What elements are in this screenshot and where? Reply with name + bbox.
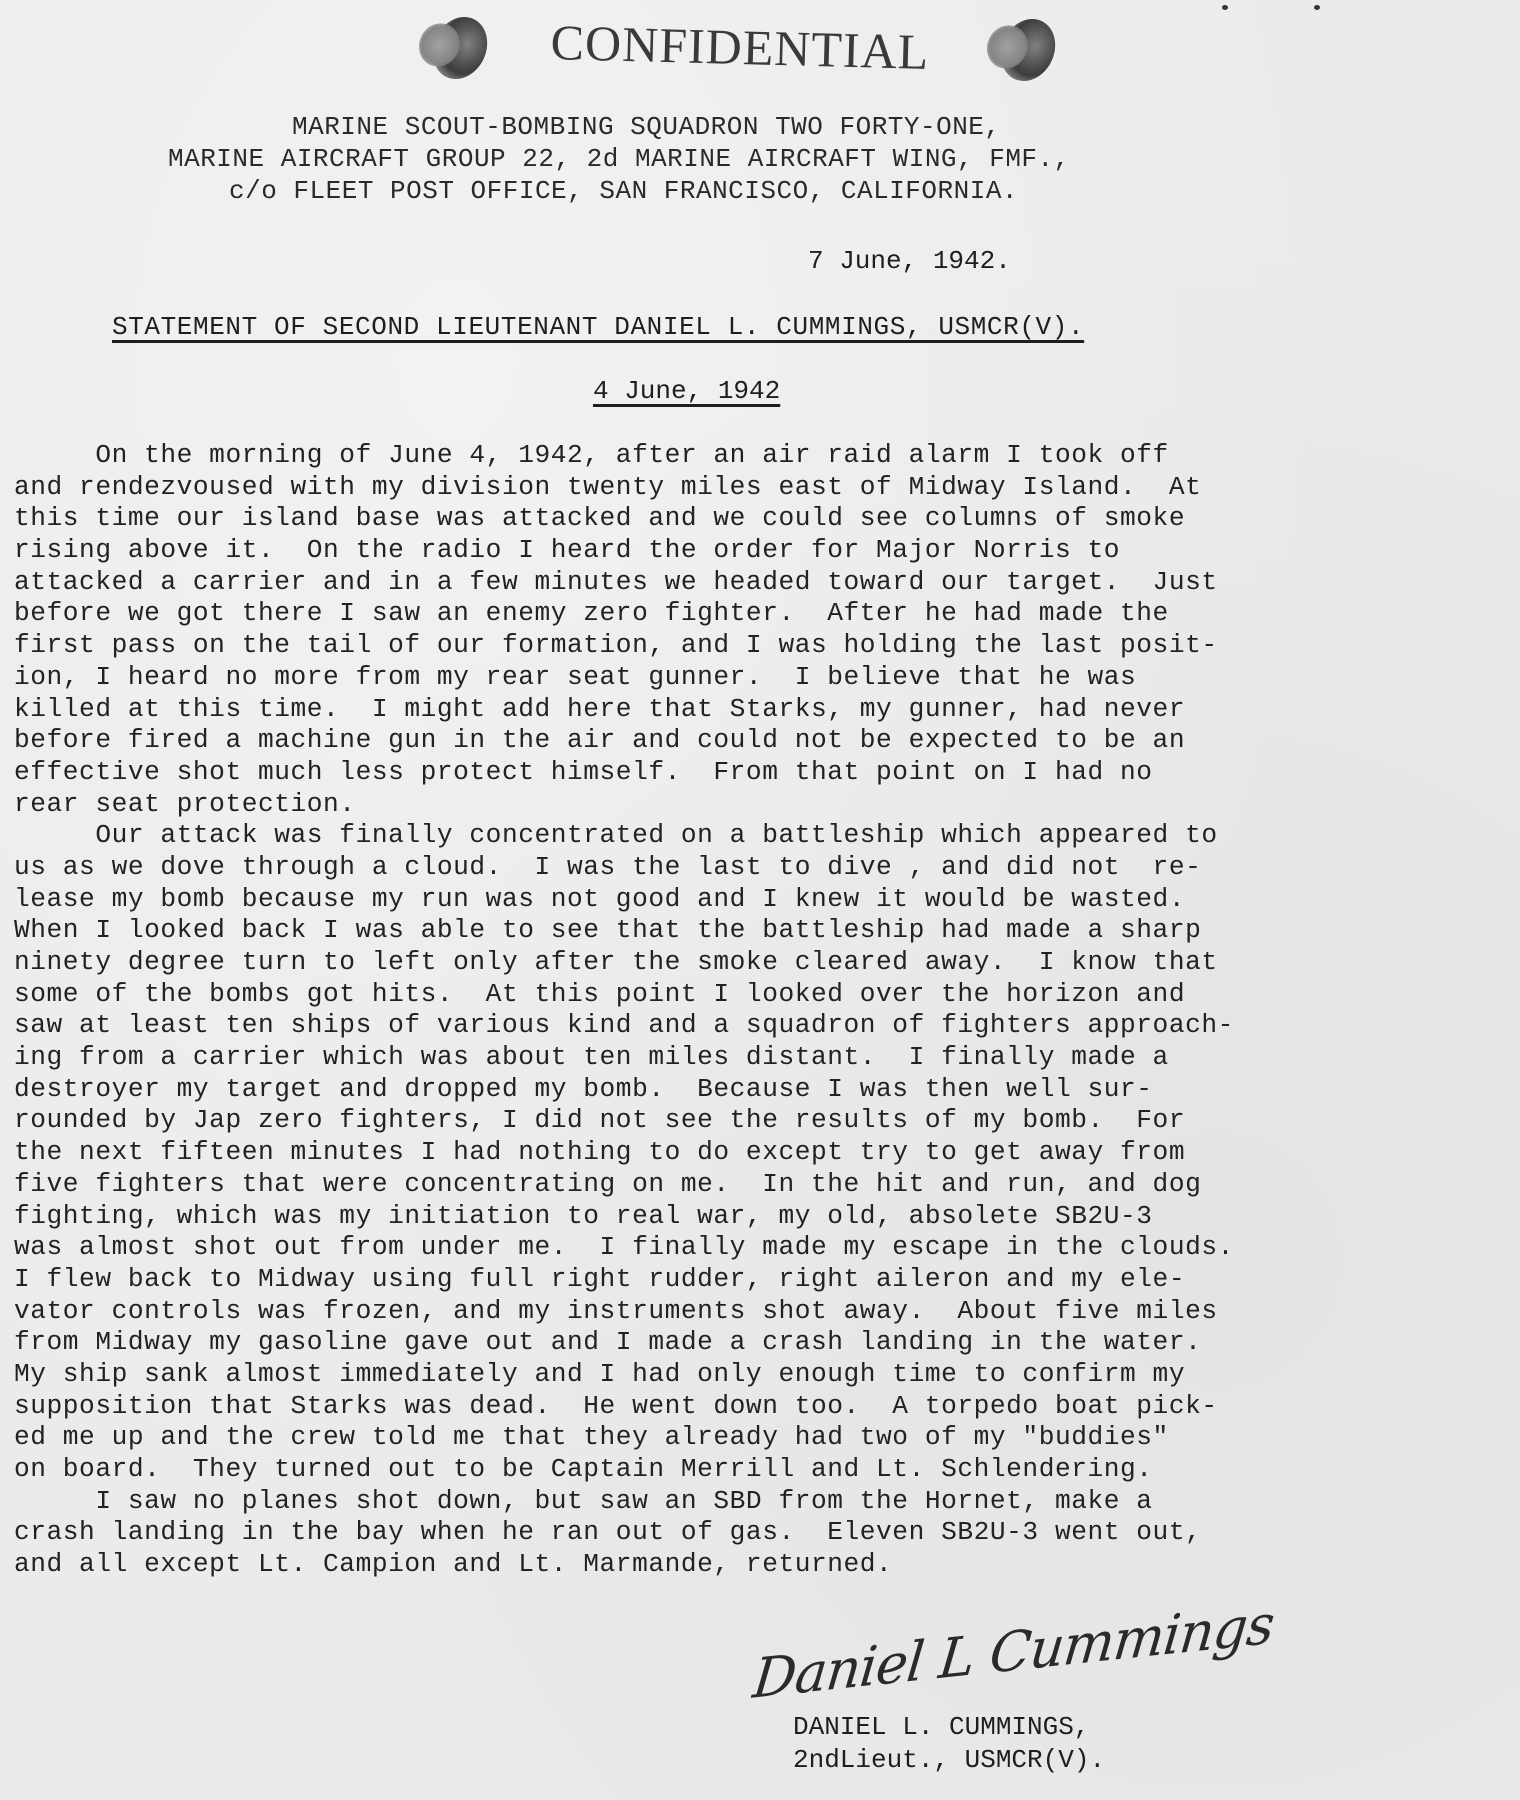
body-line: When I looked back I was able to see tha…	[14, 915, 1514, 947]
body-line: us as we dove through a cloud. I was the…	[14, 852, 1514, 884]
event-date: 4 June, 1942	[593, 376, 780, 406]
body-line: killed at this time. I might add here th…	[14, 694, 1514, 726]
body-line: lease my bomb because my run was not goo…	[14, 884, 1514, 916]
body-line: before fired a machine gun in the air an…	[14, 725, 1514, 757]
body-line: rising above it. On the radio I heard th…	[14, 535, 1514, 567]
body-line: some of the bombs got hits. At this poin…	[14, 979, 1514, 1011]
body-line: effective shot much less protect himself…	[14, 757, 1514, 789]
statement-title: STATEMENT OF SECOND LIEUTENANT DANIEL L.…	[112, 312, 1084, 342]
punch-hole-left	[423, 8, 497, 88]
document-date: 7 June, 1942.	[808, 246, 1011, 276]
signature-typed-name: DANIEL L. CUMMINGS,	[793, 1712, 1089, 1742]
letterhead-line-1: MARINE SCOUT-BOMBING SQUADRON TWO FORTY-…	[292, 112, 1001, 142]
body-line: ed me up and the crew told me that they …	[14, 1422, 1514, 1454]
body-line: crash landing in the bay when he ran out…	[14, 1517, 1514, 1549]
body-line: ninety degree turn to left only after th…	[14, 947, 1514, 979]
body-line: attacked a carrier and in a few minutes …	[14, 567, 1514, 599]
body-line: I saw no planes shot down, but saw an SB…	[14, 1486, 1514, 1518]
body-line: fighting, which was my initiation to rea…	[14, 1201, 1514, 1233]
body-line: before we got there I saw an enemy zero …	[14, 598, 1514, 630]
letterhead-line-3: c/o FLEET POST OFFICE, SAN FRANCISCO, CA…	[229, 176, 1018, 206]
body-line: I flew back to Midway using full right r…	[14, 1264, 1514, 1296]
statement-body: On the morning of June 4, 1942, after an…	[14, 440, 1514, 1581]
ink-speck	[1314, 5, 1320, 10]
body-line: vator controls was frozen, and my instru…	[14, 1296, 1514, 1328]
body-line: five fighters that were concentrating on…	[14, 1169, 1514, 1201]
body-line: the next fifteen minutes I had nothing t…	[14, 1137, 1514, 1169]
body-line: On the morning of June 4, 1942, after an…	[14, 440, 1514, 472]
body-line: ion, I heard no more from my rear seat g…	[14, 662, 1514, 694]
body-line: was almost shot out from under me. I fin…	[14, 1232, 1514, 1264]
document-page: CONFIDENTIAL MARINE SCOUT-BOMBING SQUADR…	[0, 0, 1520, 1800]
body-line: and rendezvoused with my division twenty…	[14, 472, 1514, 504]
body-line: supposition that Starks was dead. He wen…	[14, 1391, 1514, 1423]
body-line: ing from a carrier which was about ten m…	[14, 1042, 1514, 1074]
body-line: and all except Lt. Campion and Lt. Marma…	[14, 1549, 1514, 1581]
handwritten-signature: Daniel L Cummings	[750, 1592, 1277, 1711]
ink-speck	[1222, 5, 1228, 10]
body-line: rear seat protection.	[14, 789, 1514, 821]
body-line: saw at least ten ships of various kind a…	[14, 1010, 1514, 1042]
body-line: Our attack was finally concentrated on a…	[14, 820, 1514, 852]
confidential-stamp: CONFIDENTIAL	[539, 13, 940, 81]
body-line: rounded by Jap zero fighters, I did not …	[14, 1105, 1514, 1137]
punch-hole-right	[991, 10, 1065, 90]
body-line: My ship sank almost immediately and I ha…	[14, 1359, 1514, 1391]
body-line: this time our island base was attacked a…	[14, 503, 1514, 535]
letterhead-line-2: MARINE AIRCRAFT GROUP 22, 2d MARINE AIRC…	[168, 144, 1070, 174]
body-line: on board. They turned out to be Captain …	[14, 1454, 1514, 1486]
signature-rank: 2ndLieut., USMCR(V).	[793, 1745, 1105, 1775]
body-line: destroyer my target and dropped my bomb.…	[14, 1074, 1514, 1106]
body-line: from Midway my gasoline gave out and I m…	[14, 1327, 1514, 1359]
body-line: first pass on the tail of our formation,…	[14, 630, 1514, 662]
